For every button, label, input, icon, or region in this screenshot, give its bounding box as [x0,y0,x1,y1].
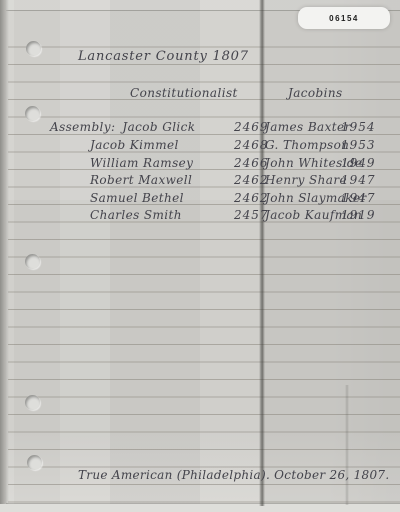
candidate-name: Jacob Glick [122,120,195,134]
table-row: Samuel Bethel 2462 John Slaymaker 1947 [0,191,400,207]
paper-bottom-margin [0,504,400,512]
vote-count: 1919 [341,208,376,222]
vote-count: 2457 [234,208,269,222]
vote-count: 2462 [234,173,269,187]
scanned-ledger-page: 06154 Lancaster County 1807 Constitution… [0,0,400,512]
table-row: Charles Smith 2457 Jacob Kaufman 1919 [0,208,400,224]
table-row: William Ramsey 2466 John Whiteside 1949 [0,156,400,172]
candidate-name: G. Thompson [265,138,349,152]
table-row: Jacob Kimmel 2468 G. Thompson 1953 [0,138,400,154]
archive-stamp-number: 06154 [329,14,359,23]
office-label: Assembly: [50,120,115,134]
table-row: Robert Maxwell 2462 Henry Share 1947 [0,173,400,189]
vote-count: 2462 [234,191,269,205]
punch-hole [26,41,41,56]
paper-bottom-edge [6,503,400,504]
punch-hole [25,106,40,121]
vote-count: 2466 [234,156,269,170]
ruled-lines [8,30,400,505]
column-header-jacobins: Jacobins [288,86,343,100]
vote-count: 1949 [341,156,376,170]
candidate-name: James Baxter [265,120,351,134]
fold-crease-faint [345,385,349,505]
vote-count: 1953 [341,138,376,152]
candidate-name: William Ramsey [90,156,193,170]
archive-stamp: 06154 [298,7,390,29]
vote-count: 1947 [341,191,376,205]
vote-count: 1954 [341,120,376,134]
vote-count: 2468 [234,138,269,152]
table-row: Assembly:Jacob Glick 2469 James Baxter 1… [0,120,400,136]
column-header-constitutionalist: Constitutionalist [130,86,238,100]
fold-crease [259,0,265,506]
candidate-name: Henry Share [265,173,347,187]
punch-hole [25,395,40,410]
candidate-name: Samuel Bethel [90,191,184,205]
candidate-name: Charles Smith [90,208,182,222]
candidate-name: Robert Maxwell [90,173,192,187]
page-title: Lancaster County 1807 [78,50,249,64]
paper-left-edge [0,0,9,512]
punch-hole [25,254,40,269]
candidate-name: Jacob Kimmel [90,138,179,152]
vote-count: 1947 [341,173,376,187]
punch-hole [27,455,42,470]
source-citation: True American (Philadelphia). October 26… [78,468,389,482]
vote-count: 2469 [234,120,269,134]
